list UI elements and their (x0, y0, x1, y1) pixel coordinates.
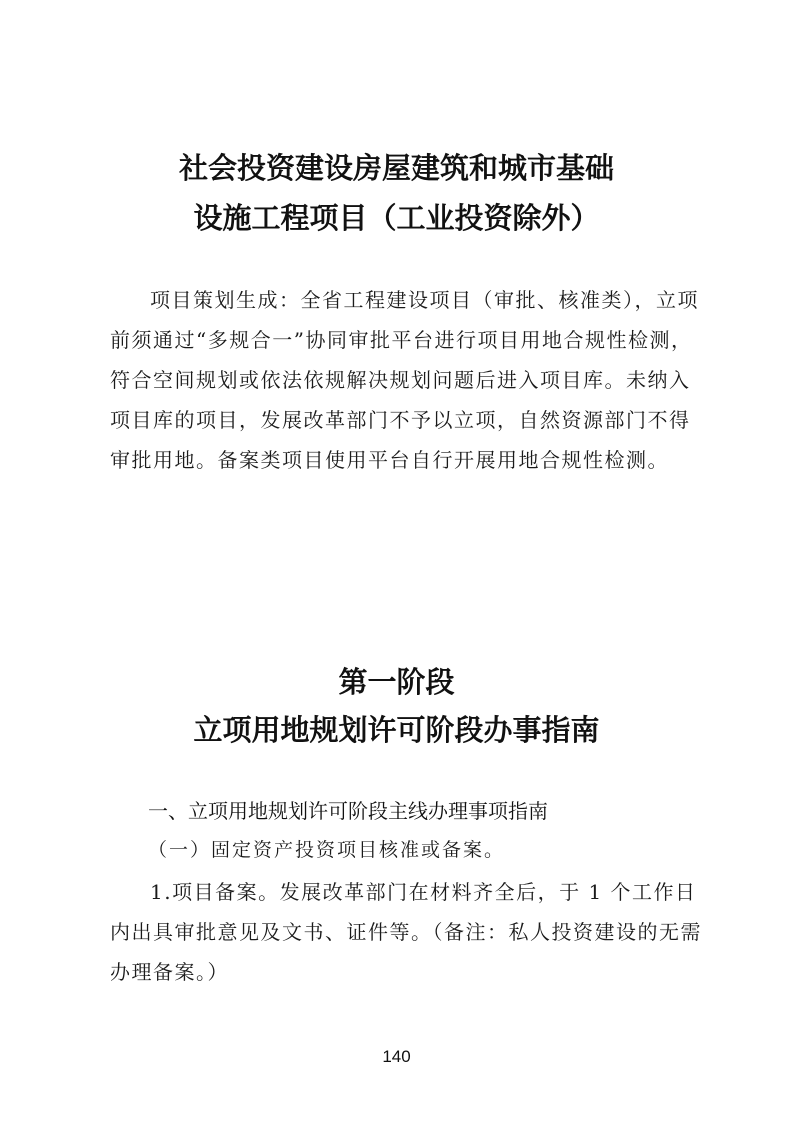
page-number: 140 (0, 1047, 793, 1067)
document-title-line-2: 设施工程项目（工业投资除外） (0, 196, 793, 240)
item-paragraph: 1.项目备案。发展改革部门在材料齐全后，于 1 个工作日 内出具审批意见及文书、… (110, 872, 685, 992)
stage-label: 第一阶段 (0, 660, 793, 704)
intro-line: 前须通过“多规合一”协同审批平台进行项目用地合规性检测， (110, 320, 685, 360)
stage-title: 立项用地规划许可阶段办事指南 (0, 708, 793, 752)
item-line: 办理备案。） (110, 952, 685, 992)
document-title-line-1: 社会投资建设房屋建筑和城市基础 (0, 146, 793, 190)
subsection-heading: （一）固定资产投资项目核准或备案。 (148, 832, 505, 868)
intro-paragraph: 项目策划生成：全省工程建设项目（审批、核准类），立项 前须通过“多规合一”协同审… (110, 280, 685, 480)
item-line: 内出具审批意见及文书、证件等。（备注：私人投资建设的无需 (110, 912, 685, 952)
intro-line: 项目库的项目，发展改革部门不予以立项，自然资源部门不得 (110, 400, 685, 440)
intro-line: 审批用地。备案类项目使用平台自行开展用地合规性检测。 (110, 440, 685, 480)
intro-line: 项目策划生成：全省工程建设项目（审批、核准类），立项 (110, 280, 685, 320)
intro-line: 符合空间规划或依法依规解决规划问题后进入项目库。未纳入 (110, 360, 685, 400)
section-heading: 一、立项用地规划许可阶段主线办理事项指南 (148, 793, 548, 829)
item-line: 1.项目备案。发展改革部门在材料齐全后，于 1 个工作日 (110, 872, 685, 912)
